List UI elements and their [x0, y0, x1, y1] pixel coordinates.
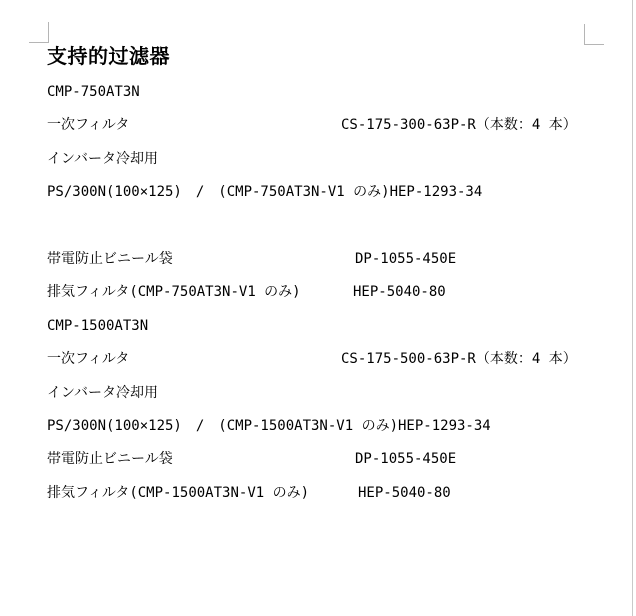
item-label: CMP-750AT3N	[47, 84, 140, 100]
list-item: 一次フィルタCS-175-500-63P-R（本数：4 本）	[47, 343, 636, 376]
item-part-number: DP-1055-450E	[355, 443, 456, 476]
supported-filter-list: CMP-750AT3N一次フィルタCS-175-300-63P-R（本数：4 本…	[47, 76, 636, 510]
list-item: 一次フィルタCS-175-300-63P-R（本数：4 本）	[47, 109, 636, 142]
list-item: PS/300N(100×125) / (CMP-750AT3N-V1 のみ)HE…	[47, 176, 636, 209]
page-title: 支持的过滤器	[47, 43, 170, 69]
text-boundary-mark-top-right	[584, 24, 604, 45]
item-part-number: HEP-5040-80	[358, 477, 451, 510]
item-label: 帯電防止ビニール袋	[47, 451, 173, 467]
list-item: 排気フィルタ(CMP-750AT3N-V1 のみ)HEP-5040-80	[47, 276, 636, 309]
item-label: インバータ冷却用	[47, 385, 158, 401]
list-item: インバータ冷却用	[47, 143, 636, 176]
list-item: CMP-1500AT3N	[47, 310, 636, 343]
item-label: 一次フィルタ	[47, 117, 129, 133]
document-page: 支持的过滤器 CMP-750AT3N一次フィルタCS-175-300-63P-R…	[0, 0, 636, 616]
item-part-number: CS-175-300-63P-R（本数：4 本）	[341, 109, 577, 142]
list-item: PS/300N(100×125) / (CMP-1500AT3N-V1 のみ)H…	[47, 410, 636, 443]
list-item: インバータ冷却用	[47, 377, 636, 410]
list-item: 帯電防止ビニール袋DP-1055-450E	[47, 243, 636, 276]
item-label: 排気フィルタ(CMP-1500AT3N-V1 のみ)	[47, 485, 309, 501]
item-part-number: DP-1055-450E	[355, 243, 456, 276]
item-part-number: HEP-5040-80	[353, 276, 446, 309]
list-item: 排気フィルタ(CMP-1500AT3N-V1 のみ)HEP-5040-80	[47, 477, 636, 510]
blank-line	[47, 210, 636, 243]
item-part-number: CS-175-500-63P-R（本数：4 本）	[341, 343, 577, 376]
list-item: 帯電防止ビニール袋DP-1055-450E	[47, 443, 636, 476]
text-boundary-mark-top-left	[29, 22, 49, 43]
item-label: 帯電防止ビニール袋	[47, 251, 173, 267]
item-label: PS/300N(100×125) / (CMP-1500AT3N-V1 のみ)H…	[47, 418, 491, 434]
item-label: インバータ冷却用	[47, 151, 158, 167]
item-label: 排気フィルタ(CMP-750AT3N-V1 のみ)	[47, 284, 301, 300]
item-label: 一次フィルタ	[47, 351, 129, 367]
item-label: PS/300N(100×125) / (CMP-750AT3N-V1 のみ)HE…	[47, 184, 482, 200]
list-item: CMP-750AT3N	[47, 76, 636, 109]
item-label: CMP-1500AT3N	[47, 318, 148, 334]
